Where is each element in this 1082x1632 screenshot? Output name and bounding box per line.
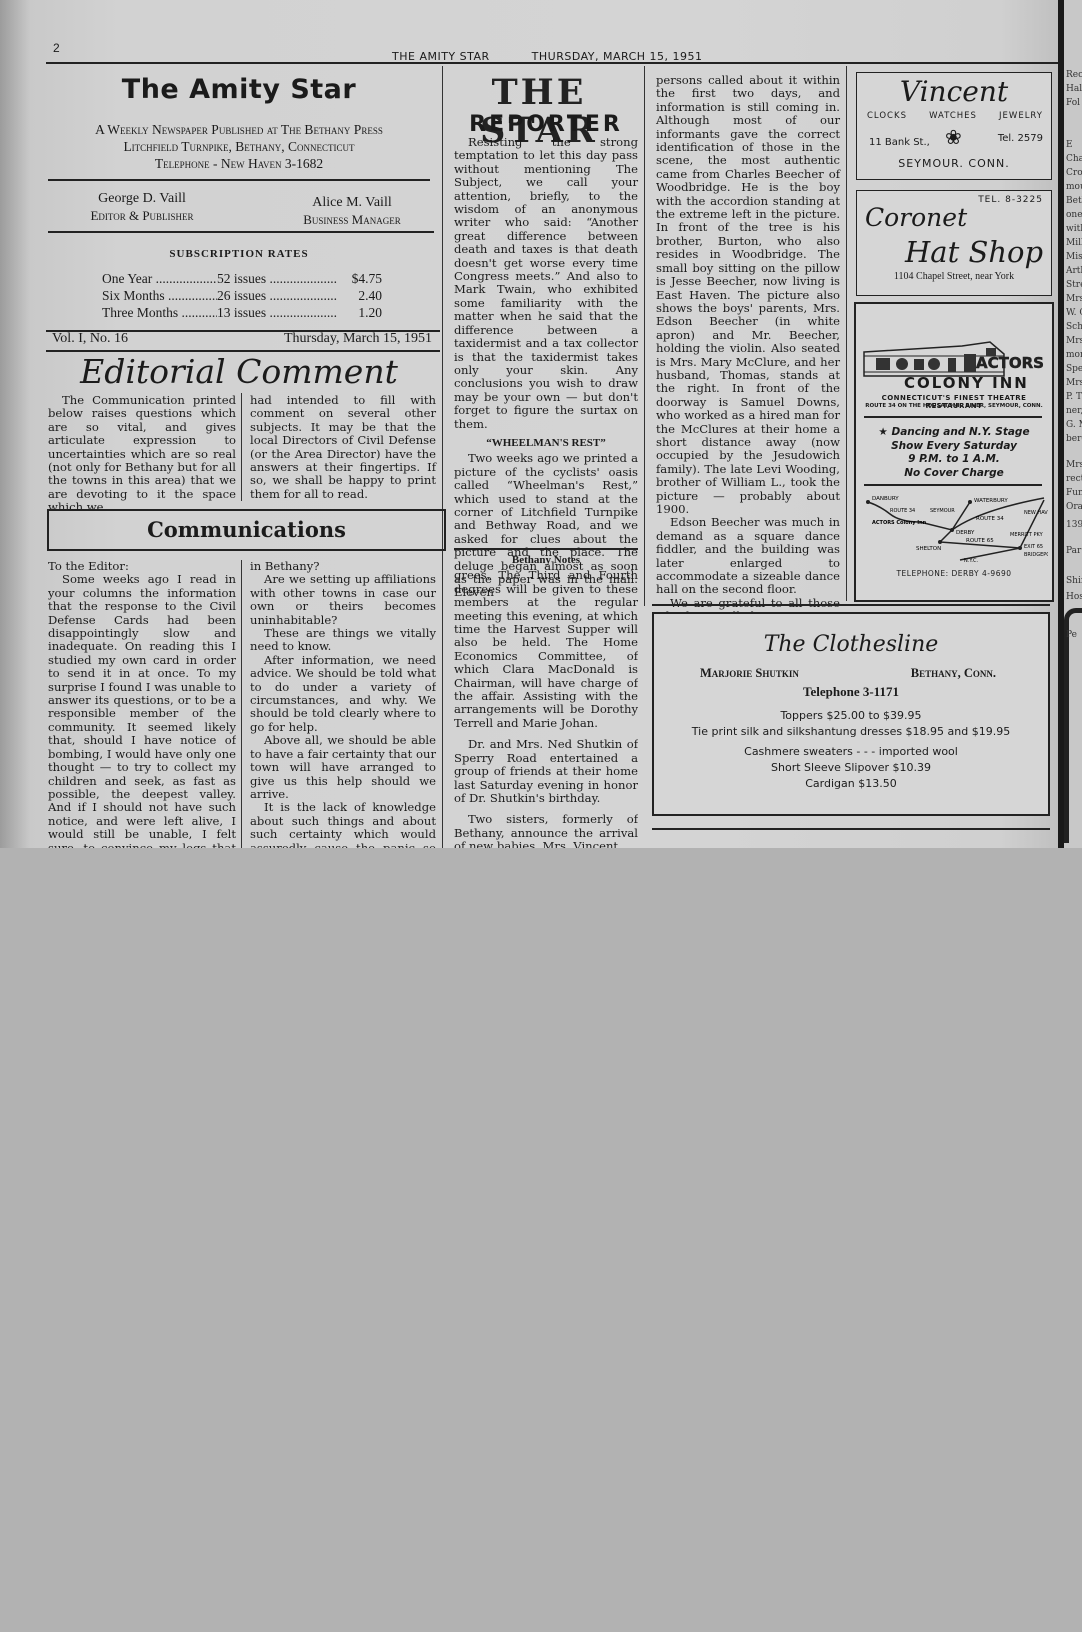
reporter-column: Resisting the strong temptation to let t… [454,136,638,600]
rate-price: $4.75 [337,270,382,287]
reporter-title-bottom: REPORTER [446,112,646,137]
volume-number: Vol. I, No. 16 [52,331,128,347]
editor-block: George D. Vaill Editor & Publisher [52,190,232,224]
reporter-continued-column: persons called about it within the first… [656,74,840,637]
reporter-paragraph: Edson Beecher was much in demand as a sq… [656,516,840,596]
coronet-ad: TEL. 8-3225 Coronet Hat Shop 1104 Chapel… [856,190,1052,296]
coronet-hat-shop: Hat Shop [905,235,1043,269]
rule [48,179,430,181]
editorial-title: Editorial Comment [46,352,432,391]
svg-text:MERRITT PKY: MERRITT PKY [1010,532,1044,538]
next-page-fragment: Sche [1066,322,1082,332]
editor-name: George D. Vaill [52,190,232,207]
vincent-telephone: Tel. 2579 [998,133,1043,144]
rate-iss: 13 issues [217,304,337,321]
next-page-fragment: Mrs. [1066,378,1082,388]
subscription-heading: SUBSCRIPTION RATES [46,248,432,260]
next-page-fragment: Miss [1066,252,1082,262]
rule [652,604,1050,606]
clothesline-telephone: Telephone 3-1171 [654,684,1048,700]
next-page-fragment: Spen [1066,364,1082,374]
masthead-line: Telephone - New Haven 3-1682 [46,156,432,172]
show-line: 9 P.M. to 1 A.M. [856,453,1052,467]
svg-text:DERBY: DERBY [956,530,975,536]
show-line: No Cover Charge [856,467,1052,481]
next-page-fragment: Cha [1066,154,1082,164]
column-divider [442,66,443,848]
clothesline-location: Bethany, Conn. [911,666,996,681]
next-page-fragment: Hal [1066,84,1082,94]
vincent-items: CLOCKS WATCHES JEWELRY [867,111,1043,121]
clothesline-ad: The Clothesline Marjorie Shutkin Bethany… [652,612,1050,816]
bethany-notes-heading: Bethany Notes [454,554,638,567]
newspaper-page: 2 THE AMITY STARTHURSDAY, MARCH 15, 1951… [0,0,1062,848]
colony-inn-name: COLONY INN [904,374,1029,392]
svg-text:ROUTE 65: ROUTE 65 [966,538,994,544]
letter-salutation: To the Editor: [48,560,236,573]
next-page-fragment: Arth [1066,266,1082,276]
offer-line: Cashmere sweaters - - - imported wool [654,744,1048,760]
svg-text:WATERBURY: WATERBURY [974,498,1008,504]
letter-column-2: in Bethany? Are we setting up affiliatio… [250,560,436,848]
editorial-paragraph: had intended to fill with comment on sev… [250,394,436,501]
next-page-fragment: Rec [1066,70,1082,80]
masthead-line: Litchfield Turnpike, Bethany, Connecticu… [46,139,432,155]
route-map-icon: DANBURY ROUTE 34 ACTORS Colony Inn SEYMO… [860,492,1048,568]
editor-role: Editor & Publisher [52,207,232,224]
reporter-intro: Resisting the strong temptation to let t… [454,136,638,431]
svg-text:N.Y.C.: N.Y.C. [964,558,978,564]
actors-show-info: ★ Dancing and N.Y. Stage Show Every Satu… [856,426,1052,480]
editorial-column-2: had intended to fill with comment on sev… [250,394,436,501]
masthead-line: A Weekly Newspaper Published at The Beth… [46,122,432,138]
next-page-fragment: monc [1066,350,1082,360]
coronet-telephone: TEL. 8-3225 [978,195,1043,205]
manager-role: Business Manager [262,211,442,228]
letter-paragraph: Above all, we should be able to have a f… [250,734,436,801]
next-page-fragment: Fol [1066,98,1080,108]
next-page-fragment: Shirts [1066,576,1082,586]
svg-text:ROUTE 34: ROUTE 34 [890,508,915,514]
next-page-fragment: Mrs. [1066,294,1082,304]
clothesline-name: The Clothesline [654,632,1048,657]
rule [454,548,638,550]
next-page-fragment: Stre [1066,280,1082,290]
ornament-icon: ❀ [945,125,962,149]
next-page-fragment: 1397 W [1066,520,1082,530]
offer-line: Short Sleeve Slipover $10.39 [654,760,1048,776]
next-page-fragment: Mill [1066,238,1082,248]
editorial-column-1: The Communication printed below raises q… [48,394,236,515]
rate-row: One Year52 issues$4.75 [102,270,382,287]
column-divider [241,393,242,501]
next-page-fragment: W. C [1066,308,1082,318]
svg-text:SEYMOUR: SEYMOUR [930,508,955,514]
notes-paragraph: grees. The Third and Fourth degrees will… [454,569,638,730]
rate-price: 1.20 [337,304,382,321]
next-page-fragment: P. T [1066,392,1082,402]
next-page-fragment: Fund [1066,488,1082,498]
manager-name: Alice M. Vaill [262,194,442,211]
notes-paragraph: Two sisters, formerly of Bethany, announ… [454,813,638,848]
coronet-address: 1104 Chapel Street, near York [857,271,1051,282]
svg-text:DANBURY: DANBURY [872,496,899,502]
vincent-item: JEWELRY [999,111,1043,121]
next-page-fragment: Beth [1066,196,1082,206]
svg-text:NEW HAVEN: NEW HAVEN [1024,510,1048,516]
offer-line: Toppers $25.00 to $39.95 [654,708,1048,724]
actors-colony-inn-ad: ACTORS COLONY INN CONNECTICUT'S FINEST T… [854,302,1054,602]
actors-telephone: TELEPHONE: DERBY 4-9690 [856,569,1052,578]
next-page-ad-box [1064,608,1082,843]
next-page-fragment: one [1066,210,1082,220]
rule [652,828,1050,830]
clothesline-owner: Marjorie Shutkin [700,666,799,681]
vincent-item: WATCHES [929,111,977,121]
column-divider [644,66,645,606]
next-page-fragment: Pe [1066,630,1077,640]
column-divider [846,66,847,601]
show-line: Show Every Saturday [856,440,1052,454]
rate-iss: 26 issues [217,287,337,304]
next-page-edge: RecHalFolEChaCrosmourBethonewithMillMiss… [1064,0,1082,848]
bethany-notes-column: Bethany Notes grees. The Third and Fourt… [454,552,638,848]
next-page-fragment: Mrs. [1066,336,1082,346]
letter-paragraph: These are things we vitally need to know… [250,627,436,654]
letter-paragraph: Are we setting up affiliations with othe… [250,573,436,627]
rule [48,231,434,233]
next-page-fragment: ner, [1066,406,1082,416]
letter-column-1: To the Editor: Some weeks ago I read in … [48,560,236,848]
show-line: ★ Dancing and N.Y. Stage [856,426,1052,440]
svg-text:ROUTE 34: ROUTE 34 [976,516,1004,522]
wheelman-heading: “WHEELMAN'S REST” [454,437,638,450]
vincent-ad: Vincent CLOCKS WATCHES JEWELRY 11 Bank S… [856,72,1052,180]
coronet-name: Coronet [865,203,967,232]
next-page-fragment: berg. [1066,434,1082,444]
next-page-fragment: Orang [1066,502,1082,512]
vincent-address: 11 Bank St., [869,137,930,148]
letter-paragraph: After information, we need advice. We sh… [250,654,436,734]
svg-text:ACTORS Colony Inn: ACTORS Colony Inn [872,520,927,526]
vincent-city: SEYMOUR. CONN. [857,157,1051,170]
vincent-item: CLOCKS [867,111,907,121]
page-number: 2 [53,41,60,55]
rate-term: One Year [102,270,217,287]
actors-name: ACTORS [976,354,1044,372]
top-rule [46,62,1058,64]
letter-paragraph: Some weeks ago I read in your columns th… [48,573,236,848]
rule [864,416,1042,418]
manager-block: Alice M. Vaill Business Manager [262,194,442,228]
next-page-fragment: recto [1066,474,1082,484]
reporter-paragraph: persons called about it within the first… [656,74,840,516]
next-page-fragment: E [1066,140,1073,150]
actors-route: ROUTE 34 ON THE HOUSATONIC RIVER, SEYMOU… [856,403,1052,409]
next-page-fragment: Hosier [1066,592,1082,602]
next-page-fragment: Mrs [1066,460,1082,470]
rate-row: Three Months13 issues1.20 [102,304,382,321]
offer-line: Tie print silk and silkshantung dresses … [654,724,1048,740]
rule [864,484,1042,486]
offer-line: Cardigan $13.50 [654,776,1048,792]
svg-text:BRIDGEPORT: BRIDGEPORT [1024,552,1048,558]
svg-text:EXIT 65: EXIT 65 [1024,544,1043,550]
letter-paragraph: It is the lack of knowledge about such t… [250,801,436,848]
svg-text:SHELTON: SHELTON [916,546,941,552]
subscription-rates-table: One Year52 issues$4.75Six Months26 issue… [102,270,382,321]
rate-price: 2.40 [337,287,382,304]
rate-term: Six Months [102,287,217,304]
issue-date: Thursday, March 15, 1951 [270,331,432,347]
masthead-title: The Amity Star [46,74,432,105]
clothesline-offers: Toppers $25.00 to $39.95 Tie print silk … [654,708,1048,792]
rate-term: Three Months [102,304,217,321]
next-page-fragment: Cros [1066,168,1082,178]
rate-iss: 52 issues [217,270,337,287]
next-page-fragment: with [1066,224,1082,234]
vincent-name: Vincent [857,75,1051,108]
column-divider [241,560,242,848]
editorial-paragraph: The Communication printed below raises q… [48,394,236,515]
next-page-fragment: G. M [1066,420,1082,430]
rate-row: Six Months26 issues2.40 [102,287,382,304]
next-page-fragment: mour [1066,182,1082,192]
notes-paragraph: Dr. and Mrs. Ned Shutkin of Sperry Road … [454,738,638,805]
next-page-fragment: Par [1066,546,1081,556]
communications-heading: Communications [47,509,446,551]
letter-paragraph: in Bethany? [250,560,436,573]
